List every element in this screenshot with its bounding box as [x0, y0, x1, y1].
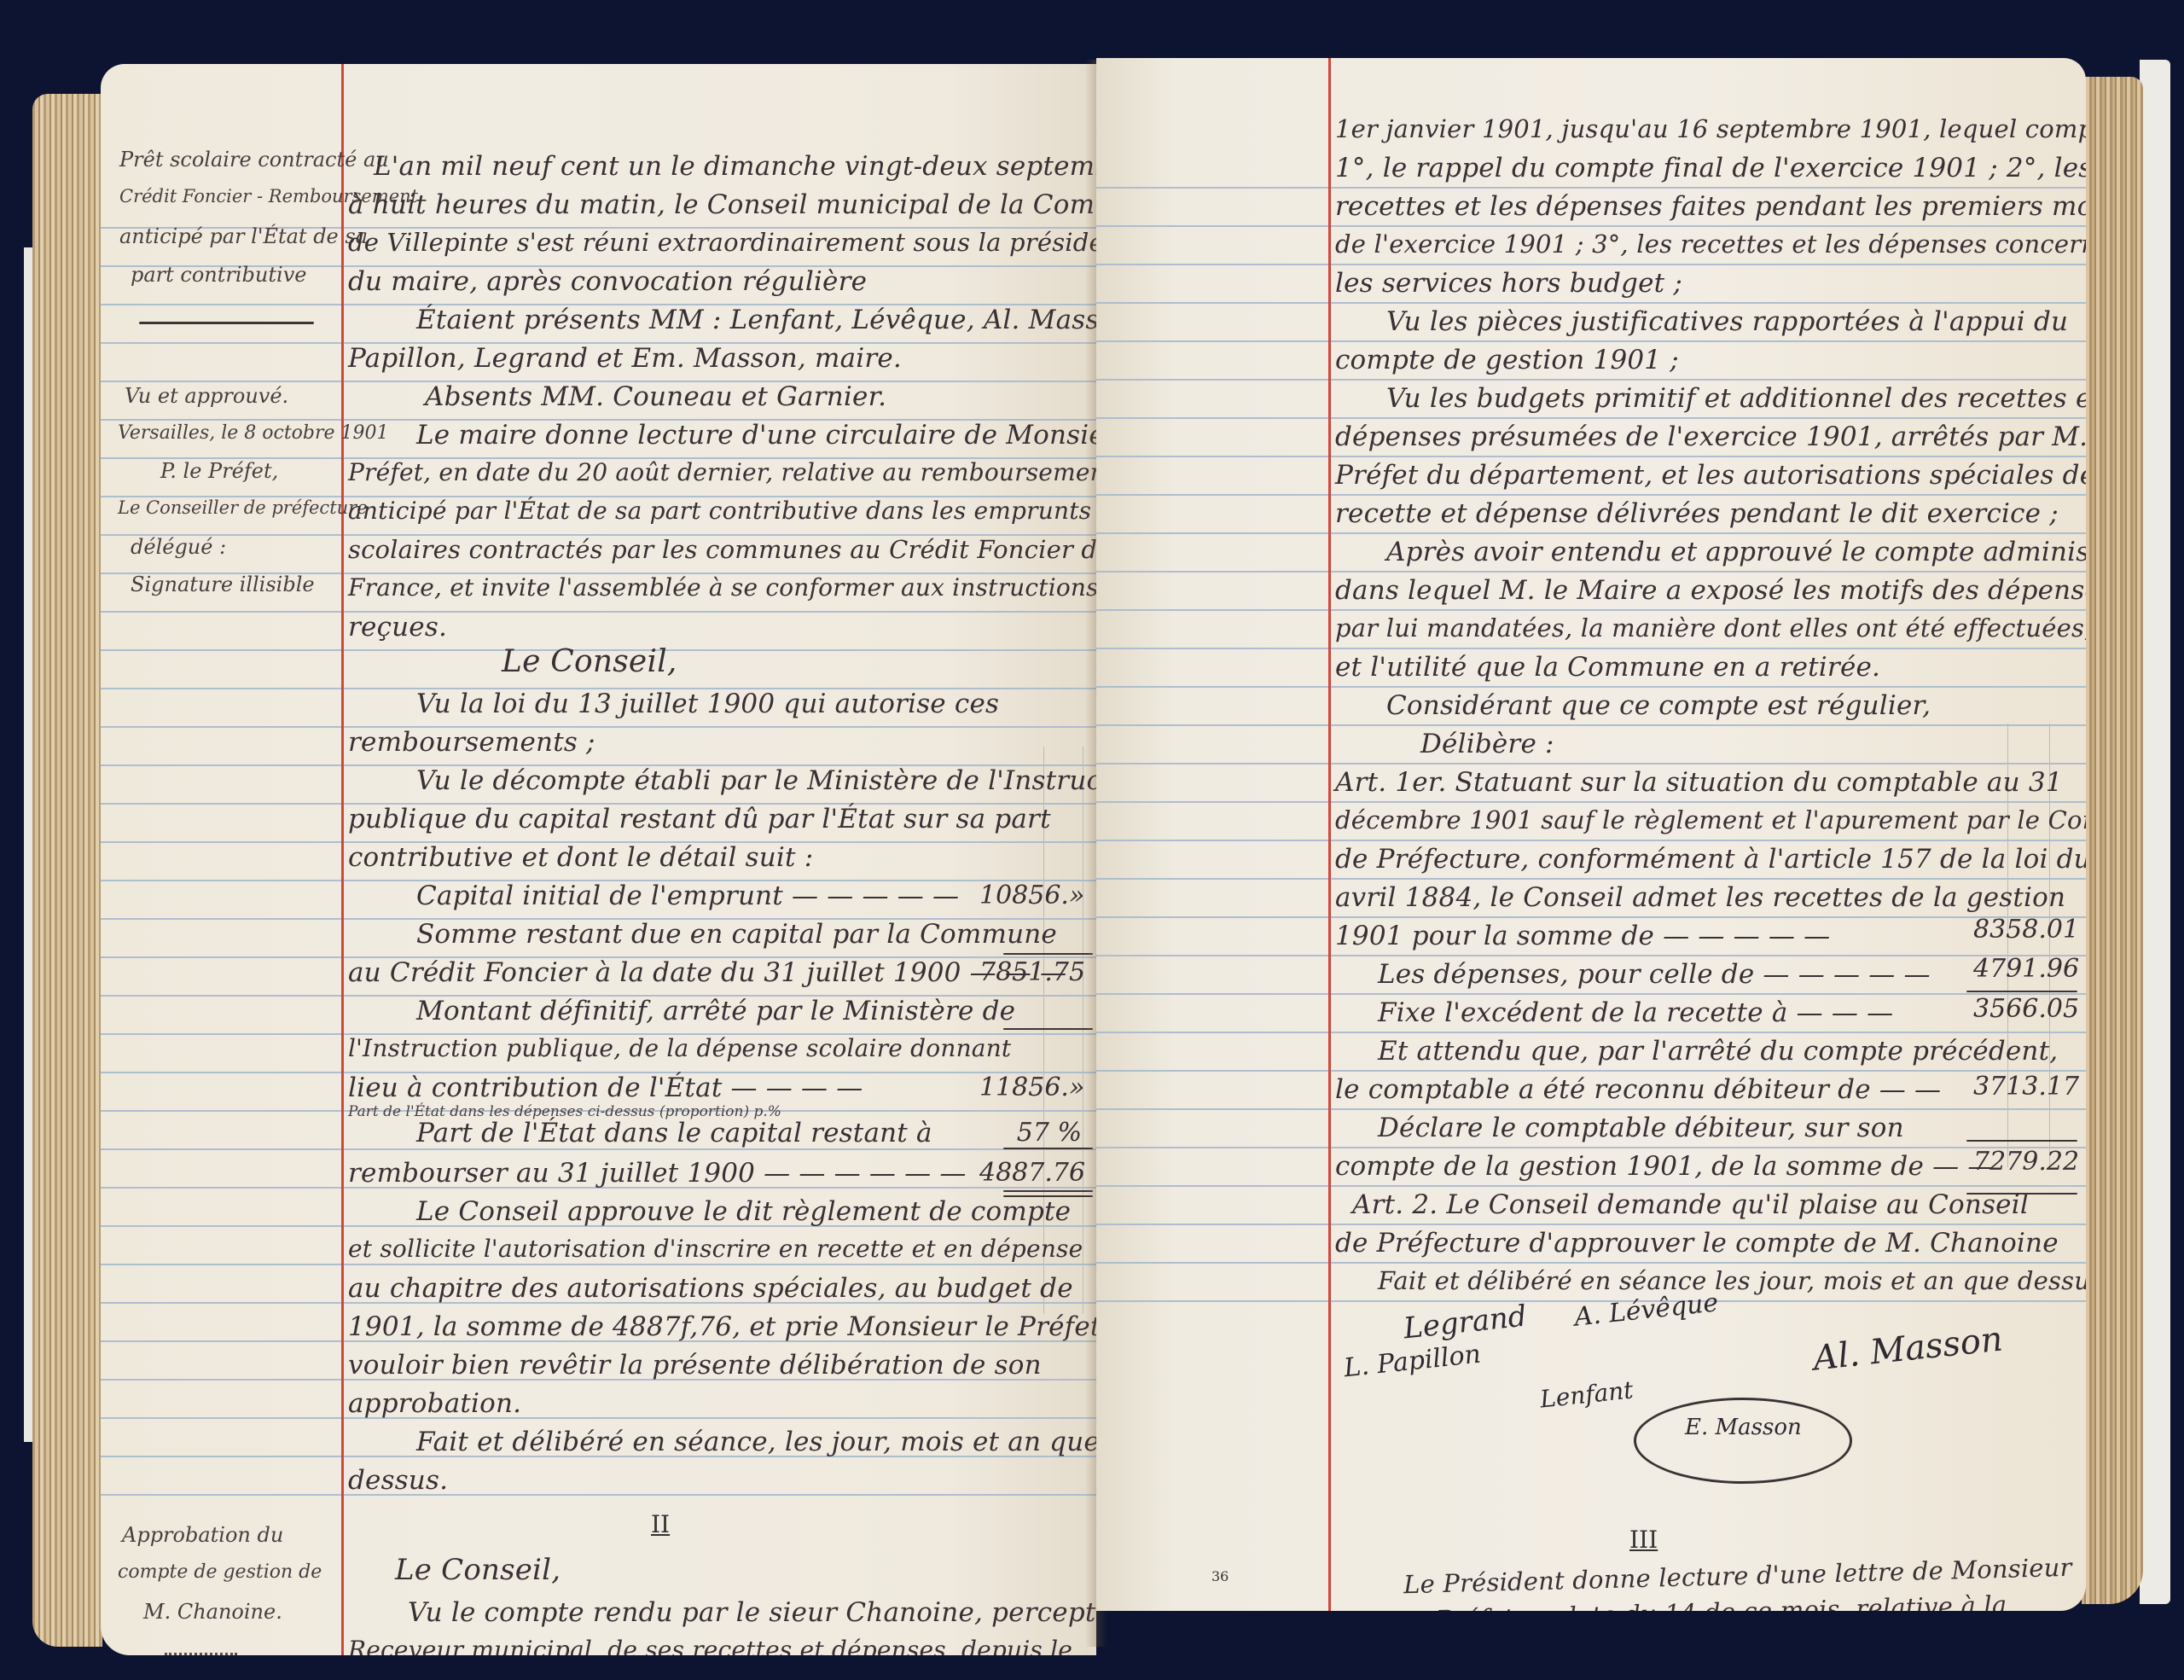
text-line: Déclare le comptable débiteur, sur son [1378, 1113, 1904, 1143]
text-line: Somme restant due en capital par la Comm… [416, 919, 1057, 950]
text-line: Absents MM. Couneau et Garnier. [425, 381, 886, 412]
section-numeral-ii: II [651, 1510, 670, 1538]
text-line: L'an mil neuf cent un le dimanche vingt-… [374, 151, 1096, 182]
text-line: Fixe l'excédent de la recette à — — — [1378, 997, 1893, 1028]
text-line: Vu les pièces justificatives rapportées … [1386, 306, 2068, 337]
text-line: au Crédit Foncier à la date du 31 juille… [348, 957, 1066, 988]
text-line: rembourser au 31 juillet 1900 — — — — — … [348, 1158, 967, 1189]
amount-recettes: 8358.01 [1973, 915, 2076, 945]
text-line: 1°, le rappel du compte final de l'exerc… [1335, 153, 2086, 183]
text-line: avril 1884, le Conseil admet les recette… [1335, 882, 2065, 913]
text-line: Papillon, Legrand et Em. Masson, maire. [348, 343, 902, 374]
text-line: Receveur municipal, de ses recettes et d… [348, 1636, 1072, 1655]
text-line: Étaient présents MM : Lenfant, Lévêque, … [416, 305, 1096, 335]
signature-legrand: Legrand [1402, 1299, 1528, 1346]
text-line: au chapitre des autorisations spéciales,… [348, 1273, 1073, 1304]
text-line: Montant définitif, arrêté par le Ministè… [416, 996, 1015, 1026]
text-line: Vu les budgets primitif et additionnel d… [1386, 383, 2086, 414]
text-line: de Préfecture, conformément à l'article … [1335, 844, 2086, 875]
text-line: de Préfecture d'approuver le compte de M… [1335, 1228, 2059, 1259]
amount-rule [1966, 991, 2077, 992]
amount-proportion: 57 % [979, 1118, 1082, 1148]
text-line: Le Conseil approuve le dit règlement de … [416, 1196, 1071, 1227]
amount-somme-restant-due: 7851.75 [979, 957, 1082, 987]
text-line: Fait et délibéré en séance, les jour, mo… [416, 1427, 1096, 1457]
right-cover-edge [2140, 60, 2170, 1604]
margin-note-approval-line: Vu et approuvé. [125, 384, 288, 408]
text-line: reçues. [348, 612, 447, 642]
text-line: et sollicite l'autorisation d'inscrire e… [348, 1235, 1083, 1263]
left-page-edge-stack [32, 94, 102, 1647]
left-page: Prêt scolaire contracté au Crédit Foncie… [101, 64, 1096, 1655]
text-line: décembre 1901 sauf le règlement et l'apu… [1335, 805, 2086, 834]
text-line: le comptable a été reconnu débiteur de —… [1335, 1074, 1941, 1105]
heading-le-conseil: Le Conseil, [502, 644, 677, 679]
amount-debit-precedent: 3713.17 [1973, 1072, 2076, 1102]
open-register-book: Prêt scolaire contracté au Crédit Foncie… [0, 0, 2184, 1680]
text-line: publique du capital restant dû par l'Éta… [348, 804, 1051, 834]
text-line: Vu la loi du 13 juillet 1900 qui autoris… [416, 689, 999, 719]
margin-note-approval-line: délégué : [131, 535, 226, 559]
margin-note-approval-line: Versailles, le 8 octobre 1901 [118, 422, 389, 444]
amount-rule [1003, 1148, 1093, 1149]
red-margin-line [341, 64, 344, 1655]
text-line: Fait et délibéré en séance les jour, moi… [1378, 1266, 2086, 1295]
heading-delibere: Délibère : [1420, 729, 1554, 759]
text-line: Préfet du département, et les autorisati… [1335, 460, 2086, 491]
margin-note-approval-line: Le Conseiller de préfecture [118, 497, 368, 518]
text-line: par lui mandatées, la manière dont elles… [1335, 613, 2086, 642]
amount-part-etat: 4887.76 [979, 1158, 1082, 1188]
amount-rule [1003, 953, 1093, 955]
margin-note-account-line: M. Chanoine. [143, 1600, 282, 1624]
text-line: 1901 pour la somme de — — — — — [1335, 921, 1830, 951]
text-line: dessus. [348, 1465, 448, 1496]
margin-note-approval-line: P. le Préfet, [160, 459, 278, 483]
signature-flourish-oval [1634, 1398, 1852, 1484]
text-line: lieu à contribution de l'État — — — — [348, 1073, 863, 1103]
amount-double-rule [1003, 1195, 1093, 1197]
text-line: Les dépenses, pour celle de — — — — — [1378, 959, 1931, 990]
text-line: vouloir bien revêtir la présente délibér… [348, 1350, 1042, 1381]
text-line: l'Instruction publique, de la dépense sc… [348, 1034, 1011, 1062]
text-line: contributive et dont le détail suit : [348, 842, 813, 873]
text-line: Et attendu que, par l'arrêté du compte p… [1378, 1036, 2058, 1067]
margin-note-loan-line: part contributive [131, 263, 306, 287]
text-line: Après avoir entendu et approuvé le compt… [1386, 537, 2086, 567]
text-line: 1er janvier 1901, jusqu'au 16 septembre … [1335, 114, 2086, 143]
text-line: Art. 2. Le Conseil demande qu'il plaise … [1352, 1189, 2029, 1220]
signature-em-masson: E. Masson [1685, 1415, 1802, 1440]
signature-al-masson: Al. Masson [1811, 1319, 2004, 1378]
text-line: Capital initial de l'emprunt — — — — — [416, 881, 959, 911]
red-margin-line [1328, 58, 1331, 1611]
page-number: 36 [1211, 1568, 1228, 1584]
amount-debit-total: 7279.22 [1973, 1147, 2076, 1177]
text-line: de Villepinte s'est réuni extraordinaire… [348, 228, 1096, 257]
margin-note-loan-line: Prêt scolaire contracté au [119, 148, 389, 171]
amount-montant-definitif: 11856.» [979, 1073, 1082, 1102]
signature-lenfant: Lenfant [1539, 1375, 1635, 1413]
text-line: Part de l'État dans le capital restant à [416, 1118, 932, 1148]
text-line: du maire, après convocation régulière [348, 266, 867, 297]
text-line: dans lequel M. le Maire a exposé les mot… [1335, 575, 2086, 606]
amount-double-rule [1003, 1190, 1093, 1192]
margin-note-loan-line: anticipé par l'État de sa [119, 224, 368, 248]
right-page-edge-stack [2082, 77, 2143, 1604]
amount-depenses: 4791.96 [1973, 954, 2076, 984]
text-line: dépenses présumées de l'exercice 1901, a… [1335, 421, 2086, 452]
amount-excedent: 3566.05 [1973, 994, 2076, 1024]
text-line: à huit heures du matin, le Conseil munic… [348, 189, 1096, 220]
heading-le-conseil: Le Conseil, [395, 1553, 561, 1587]
text-line: scolaires contractés par les communes au… [348, 535, 1096, 564]
text-line: approbation. [348, 1388, 521, 1419]
text-line: compte de la gestion 1901, de la somme d… [1335, 1151, 1995, 1182]
amount-rule [1966, 1193, 2077, 1195]
text-line: anticipé par l'État de sa part contribut… [348, 497, 1091, 525]
text-line: les services hors budget ; [1335, 268, 1682, 299]
amount-capital-initial: 10856.» [979, 881, 1082, 910]
text-line: compte de gestion 1901 ; [1335, 345, 1679, 375]
right-page: 1er janvier 1901, jusqu'au 16 septembre … [1096, 58, 2086, 1611]
text-line: Considérant que ce compte est régulier, [1386, 690, 1931, 721]
margin-flourish [165, 1644, 237, 1655]
margin-divider [139, 322, 314, 324]
text-line: recettes et les dépenses faites pendant … [1335, 191, 2086, 222]
margin-note-account-line: Approbation du [122, 1523, 283, 1547]
text-line: recette et dépense délivrées pendant le … [1335, 498, 2059, 529]
text-line: de l'exercice 1901 ; 3°, les recettes et… [1335, 230, 2086, 259]
text-line: et l'utilité que la Commune en a retirée… [1335, 652, 1880, 683]
text-line: Vu le compte rendu par le sieur Chanoine… [408, 1597, 1096, 1628]
text-line: Le maire donne lecture d'une circulaire … [416, 420, 1096, 451]
text-line: 1901, la somme de 4887f,76, et prie Mons… [348, 1311, 1096, 1342]
margin-note-approval-line: Signature illisible [131, 573, 315, 596]
amount-rule [1966, 1140, 2077, 1142]
text-line: remboursements ; [348, 727, 595, 758]
section-numeral-iii: III [1629, 1526, 1658, 1554]
text-line: Vu le décompte établi par le Ministère d… [416, 765, 1096, 796]
signature-papillon: L. Papillon [1343, 1340, 1483, 1384]
text-line: Préfet, en date du 20 août dernier, rela… [348, 458, 1096, 486]
amount-rule [1003, 1028, 1093, 1030]
margin-note-account-line: compte de gestion de [118, 1561, 322, 1583]
text-line: Art. 1er. Statuant sur la situation du c… [1335, 767, 2063, 798]
text-line: France, et invite l'assemblée à se confo… [348, 573, 1096, 602]
